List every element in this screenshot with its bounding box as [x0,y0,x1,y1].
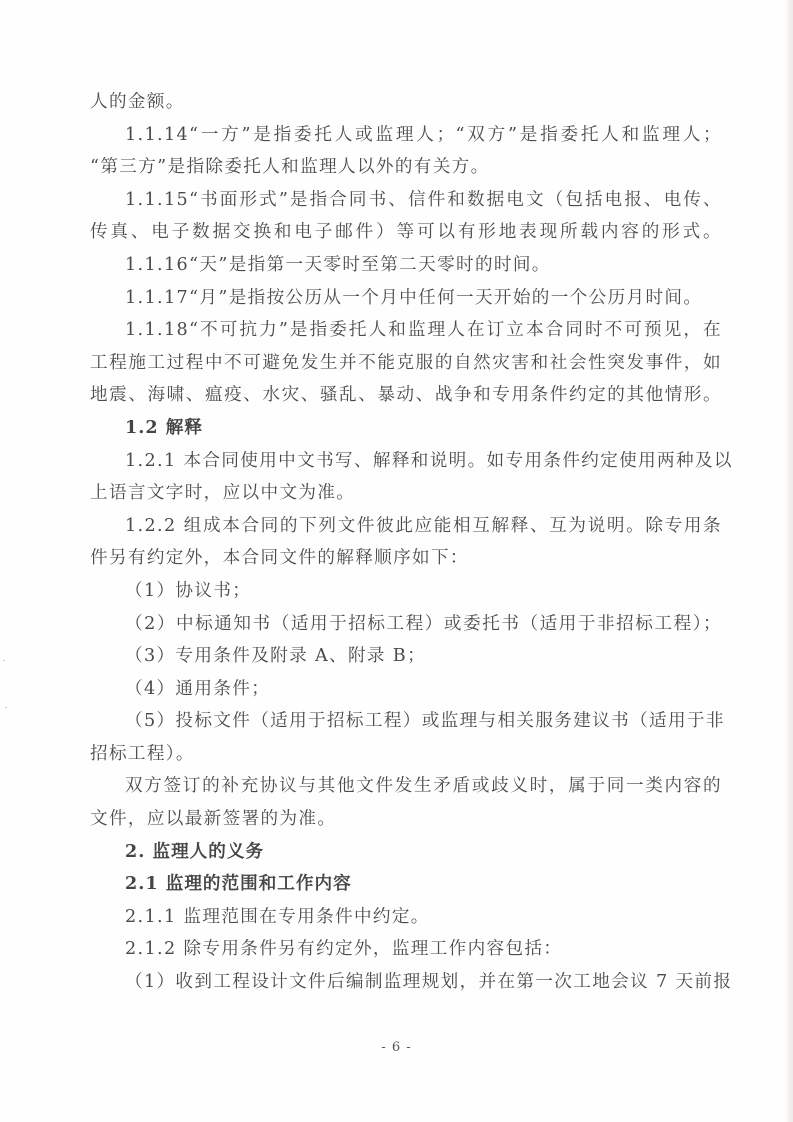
text-line: 工程施工过程中不可避免发生并不能克服的自然灾害和社会性突发事件，如 [90,347,722,380]
text-line: 2.1.1 监理范围在专用条件中约定。 [90,901,722,934]
scan-speck [3,660,5,661]
text-line: 地震、海啸、瘟疫、水灾、骚乱、暴动、战争和专用条件约定的其他情形。 [90,379,722,412]
list-item: （3）专用条件及附录 A、附录 B； [90,640,722,673]
document-body: 人的金额。 1.1.14“一方”是指委托人或监理人；“双方”是指委托人和监理人；… [90,86,722,999]
text-line: 1.1.17“月”是指按公历从一个月中任何一天开始的一个公历月时间。 [90,282,722,315]
text-line: 文件，应以最新签署的为准。 [90,803,722,836]
text-line: 1.2.2 组成本合同的下列文件彼此应能相互解释、互为说明。除专用条 [90,510,722,543]
text-line: 件另有约定外，本合同文件的解释顺序如下： [90,542,722,575]
text-line: 1.1.18“不可抗力”是指委托人和监理人在订立本合同时不可预见，在 [90,314,722,347]
section-heading: 1.2 解释 [90,412,722,445]
text-line: 上语言文字时，应以中文为准。 [90,477,722,510]
section-heading: 2. 监理人的义务 [90,836,722,869]
subsection-heading: 2.1 监理的范围和工作内容 [90,868,722,901]
page-number: - 6 - [0,1040,793,1055]
text-line: 2.1.2 除专用条件另有约定外，监理工作内容包括： [90,933,722,966]
text-line: 1.1.14“一方”是指委托人或监理人；“双方”是指委托人和监理人； [90,119,722,152]
document-page: 人的金额。 1.1.14“一方”是指委托人或监理人；“双方”是指委托人和监理人；… [0,0,793,1122]
list-item: （2）中标通知书（适用于招标工程）或委托书（适用于非招标工程）； [90,608,722,641]
list-item: （1）协议书； [90,575,722,608]
scan-edge [785,0,793,1122]
list-item: （5）投标文件（适用于招标工程）或监理与相关服务建议书（适用于非 [90,705,722,738]
text-line: 1.2.1 本合同使用中文书写、解释和说明。如专用条件约定使用两种及以 [90,445,722,478]
list-item: （1）收到工程设计文件后编制监理规划，并在第一次工地会议 7 天前报 [90,966,722,999]
scan-speck [5,707,7,708]
text-line: 招标工程）。 [90,738,722,771]
list-item: （4）通用条件； [90,673,722,706]
text-line: 人的金额。 [90,86,722,119]
text-line: 传真、电子数据交换和电子邮件）等可以有形地表现所载内容的形式。 [90,216,722,249]
text-line: 1.1.16“天”是指第一天零时至第二天零时的时间。 [90,249,722,282]
text-line: “第三方”是指除委托人和监理人以外的有关方。 [90,151,722,184]
text-line: 1.1.15“书面形式”是指合同书、信件和数据电文（包括电报、电传、 [90,184,722,217]
text-line: 双方签订的补充协议与其他文件发生矛盾或歧义时，属于同一类内容的 [90,770,722,803]
